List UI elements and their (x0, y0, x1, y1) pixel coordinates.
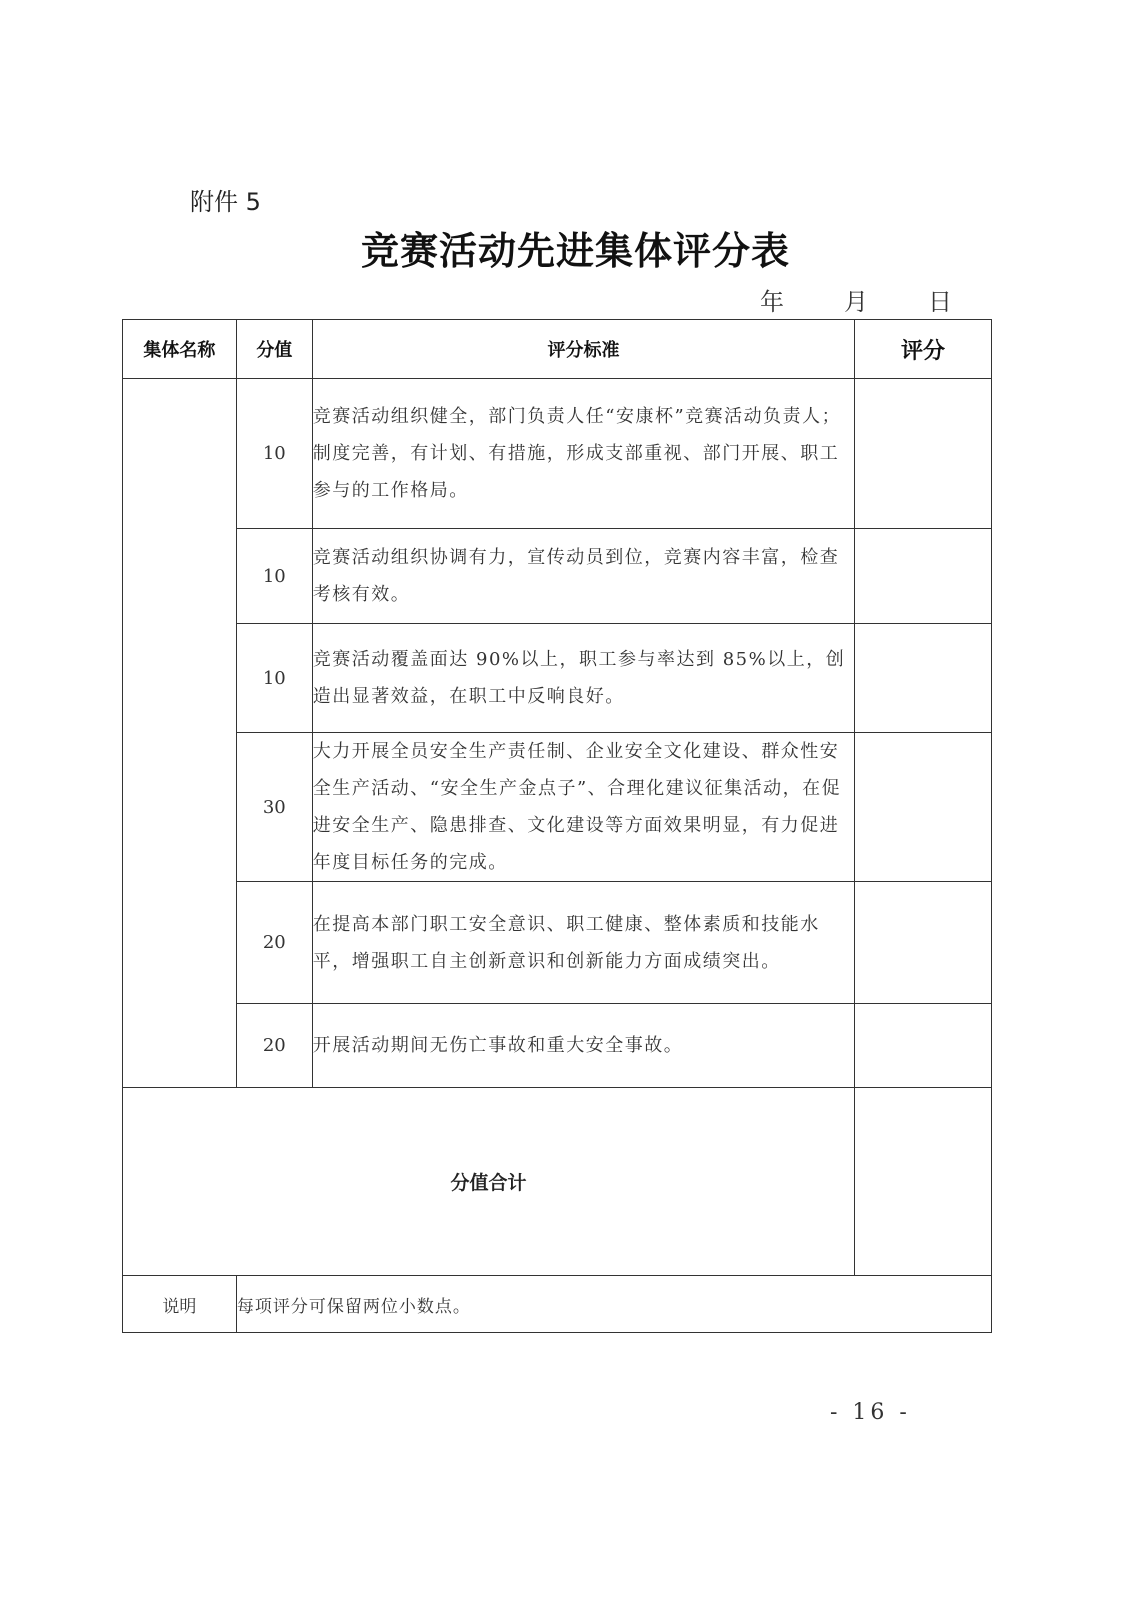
table-row: 20 开展活动期间无伤亡事故和重大安全事故。 (123, 1004, 992, 1088)
note-row: 说明 每项评分可保留两位小数点。 (123, 1276, 992, 1333)
table-header-row: 集体名称 分值 评分标准 评分 (123, 320, 992, 379)
table-row: 30 大力开展全员安全生产责任制、企业安全文化建设、群众性安全生产活动、“安全生… (123, 733, 992, 882)
note-label: 说明 (123, 1276, 237, 1333)
note-text: 每项评分可保留两位小数点。 (236, 1276, 991, 1333)
total-score-cell[interactable] (855, 1088, 992, 1276)
table-row: 10 竞赛活动覆盖面达 90%以上，职工参与率达到 85%以上，创造出显著效益，… (123, 624, 992, 733)
group-name-cell[interactable] (123, 379, 237, 1088)
points-cell: 20 (236, 1004, 312, 1088)
score-cell[interactable] (855, 529, 992, 624)
points-cell: 20 (236, 882, 312, 1004)
column-header-points: 分值 (236, 320, 312, 379)
criteria-cell: 开展活动期间无伤亡事故和重大安全事故。 (312, 1004, 854, 1088)
page-title: 竞赛活动先进集体评分表 (0, 220, 1131, 275)
scoring-table: 集体名称 分值 评分标准 评分 10 竞赛活动组织健全，部门负责人任“安康杯”竞… (122, 319, 992, 1333)
points-cell: 10 (236, 624, 312, 733)
table-row: 10 竞赛活动组织健全，部门负责人任“安康杯”竞赛活动负责人；制度完善，有计划、… (123, 379, 992, 529)
attachment-label: 附件 5 (190, 182, 261, 217)
date-year: 年 (760, 282, 784, 317)
score-cell[interactable] (855, 882, 992, 1004)
criteria-cell: 竞赛活动组织协调有力，宣传动员到位，竞赛内容丰富，检查考核有效。 (312, 529, 854, 624)
criteria-cell: 在提高本部门职工安全意识、职工健康、整体素质和技能水平，增强职工自主创新意识和创… (312, 882, 854, 1004)
score-cell[interactable] (855, 624, 992, 733)
criteria-cell: 竞赛活动组织健全，部门负责人任“安康杯”竞赛活动负责人；制度完善，有计划、有措施… (312, 379, 854, 529)
total-label: 分值合计 (123, 1088, 855, 1276)
column-header-group-name: 集体名称 (123, 320, 237, 379)
date-day: 日 (928, 282, 952, 317)
column-header-criteria: 评分标准 (312, 320, 854, 379)
score-cell[interactable] (855, 1004, 992, 1088)
page-number: - 16 - (830, 1400, 911, 1425)
criteria-cell: 竞赛活动覆盖面达 90%以上，职工参与率达到 85%以上，创造出显著效益，在职工… (312, 624, 854, 733)
table-row: 10 竞赛活动组织协调有力，宣传动员到位，竞赛内容丰富，检查考核有效。 (123, 529, 992, 624)
date-month: 月 (844, 282, 868, 317)
score-cell[interactable] (855, 379, 992, 529)
table-row: 20 在提高本部门职工安全意识、职工健康、整体素质和技能水平，增强职工自主创新意… (123, 882, 992, 1004)
points-cell: 10 (236, 529, 312, 624)
points-cell: 30 (236, 733, 312, 882)
date-line: 年月日 (760, 282, 952, 317)
score-cell[interactable] (855, 733, 992, 882)
criteria-cell: 大力开展全员安全生产责任制、企业安全文化建设、群众性安全生产活动、“安全生产金点… (312, 733, 854, 882)
total-row: 分值合计 (123, 1088, 992, 1276)
column-header-score: 评分 (855, 320, 992, 379)
points-cell: 10 (236, 379, 312, 529)
